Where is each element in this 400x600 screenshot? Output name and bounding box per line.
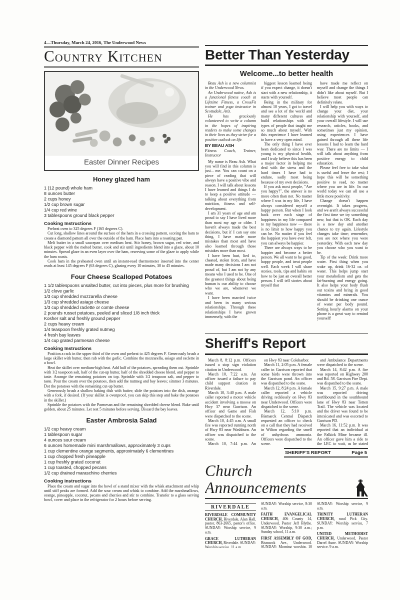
church-announcements-header: Church Announcements xyxy=(205,463,368,500)
ingredient-list: 1 1/2 tablespoons unsalted butter, cut i… xyxy=(44,283,199,344)
church-icon xyxy=(353,478,368,497)
instructions: Preheat oven to 325 degrees F (165 degre… xyxy=(44,227,199,269)
church-column-2: SUNDAY: Worship service, 8:30 a.m. FAITH… xyxy=(261,502,312,548)
sheriff-entry: March 10, 7:44 p.m. An officer issued a … xyxy=(205,442,256,447)
article-paragraph: I am 31 years of age and am proud to say… xyxy=(205,211,256,253)
sheriff-report-headline: Sheriff's Report xyxy=(205,334,368,356)
church-column-3: SUNDAY: Worship service, 9 a.m. TRINITY … xyxy=(317,502,368,548)
sheriff-entry: March 8, 8:12 p.m. Officers issued a sto… xyxy=(205,358,256,372)
article-paragraph: have made me reflect on myself and chang… xyxy=(317,81,368,105)
instruction-paragraph: Generously brush a shallow baking dish w… xyxy=(44,389,199,403)
church-continuation-line: SUNDAY: Worship service, 8:30 a.m. xyxy=(261,502,312,511)
ingredient-item: 1/4 cup grated parmesan cheese xyxy=(44,338,199,344)
article-column-2: biggest lesson learned being if you expe… xyxy=(261,81,312,330)
instruction-paragraph: Cook ham in the preheated oven until an … xyxy=(44,259,199,268)
sheriff-column-2: on Hwy 83 near Coleharbor.March 11, 2:05… xyxy=(261,358,312,447)
article-paragraph: The only thing I have ever been dedicate… xyxy=(261,142,312,184)
recipe-title: Honey glazed ham xyxy=(44,176,199,184)
church-entries: TRINITY LUTHERAN CHURCH, rural Pick City… xyxy=(317,513,368,548)
instruction-paragraph: Heat the skillet over medium-high heat. … xyxy=(44,365,199,388)
sheriff-column-3: and Ambulance Departments were dispatche… xyxy=(317,358,368,447)
sheriff-entry: March 10, 4:45 a.m. A small fire was rep… xyxy=(205,418,256,441)
instruction-paragraph: Place the cream and sugar into the bowl … xyxy=(44,484,199,503)
column-subhead: Welcome...to better health xyxy=(205,70,368,79)
sheriff-entry: and Ambulance Departments were dispatche… xyxy=(317,358,368,367)
sheriff-entry: March 13, 3:52 p.m. A male caller report… xyxy=(261,446,312,447)
sheriff-entry: March 12, 8:24 p.m. A female caller repo… xyxy=(261,386,312,409)
church-entry: RIVERDALE COMMUNITY CHURCH, Riverdale, A… xyxy=(205,513,256,535)
church-listings: RIVERDALE RIVERDALE COMMUNITY CHURCH, Ri… xyxy=(205,502,368,548)
instruction-paragraph: Cut long, shallow lines around the surfa… xyxy=(44,231,199,240)
easter-dinner-photo xyxy=(45,72,198,156)
sheriff-entry: March 14, 8:42 p.m. A fire was reported … xyxy=(317,367,368,386)
instruction-paragraph: Sprinkle the potatoes with the Parmesan … xyxy=(44,402,199,411)
page-content: 4—Thursday, March 24, 2016, The Underwoo… xyxy=(44,40,368,548)
sheriff-entry: March 10, 7:22 a.m. An officer issued a … xyxy=(205,372,256,391)
country-kitchen-masthead: Country Kitchen xyxy=(44,48,199,68)
church-continuation-line: SUNDAY: Worship service, 9 a.m. xyxy=(317,502,368,511)
ingredient-item: 3 tablespoons ground black pepper xyxy=(44,213,199,219)
article-paragraph: I have been hurt, lied to, cheated, stol… xyxy=(205,253,256,295)
church-entry: GRACE LUTHERAN CHURCH, Riverdale. SUNDAY… xyxy=(205,537,256,548)
sheriff-entry: March 10, 3:40 p.m. A male caller report… xyxy=(205,391,256,419)
newspaper-page: 4—Thursday, March 24, 2016, The Underwoo… xyxy=(0,0,400,600)
article-paragraph: Change doesn't happen overnight. It take… xyxy=(317,199,368,255)
photo-caption: Easter Dinner Recipes xyxy=(45,156,198,170)
ingredient-list: 1/2 cup heavy cream1 tablespoon sugar4 o… xyxy=(44,426,199,476)
article-paragraph: Beau Ash is a new columnist in the Under… xyxy=(205,81,256,90)
column-headline-block: Better Than Yesterday xyxy=(205,45,368,66)
recipe-honey-glazed-ham: Honey glazed ham 1 (12 pound) whole ham8… xyxy=(44,176,199,269)
church-column-1: RIVERDALE RIVERDALE COMMUNITY CHURCH, Ri… xyxy=(205,502,256,548)
church-entry: FIRST ASSEMBLY OF GOD, Bismarck Ave., Un… xyxy=(261,536,312,548)
instruction-paragraph: Melt butter in a small saucepan over med… xyxy=(44,240,199,259)
recipe-title: Easter Ambrosia Salad xyxy=(44,416,199,424)
recipe-four-cheese-scalloped-potatoes: Four Cheese Scalloped Potatoes 1 1/2 tab… xyxy=(44,273,199,412)
article-body: Beau Ash is a new columnist in the Under… xyxy=(205,81,368,330)
recipe-title: Four Cheese Scalloped Potatoes xyxy=(44,273,199,281)
article-paragraph: An Underwood native, Ash is a functional… xyxy=(205,90,256,114)
sheriff-entry: March 15, 9:27 p.m. A male was reported … xyxy=(317,386,368,423)
ingredient-list: 1 (12 pound) whole ham8 ounces butter2 c… xyxy=(44,186,199,219)
church-entry: TRINITY LUTHERAN CHURCH, rural Pick City… xyxy=(317,513,368,530)
sheriff-entry: March 12, 5:10 p.m. Bismarck Central Dis… xyxy=(261,409,312,446)
article-paragraph: There are always ways to be happier and … xyxy=(261,246,312,288)
easter-photo-frame: Easter Dinner Recipes xyxy=(44,71,199,171)
recipe-easter-ambrosia-salad: Easter Ambrosia Salad 1/2 cup heavy crea… xyxy=(44,416,199,502)
church-entry: UNITED METHODIST CHURCH, Underwood, Past… xyxy=(317,532,368,548)
instructions: Place the cream and sugar into the bowl … xyxy=(44,484,199,503)
instruction-paragraph: Position a rack in the upper third of th… xyxy=(44,351,199,365)
article-column-3: have made me reflect on myself and chang… xyxy=(317,81,368,330)
column-headline: Better Than Yesterday xyxy=(205,48,368,63)
article-paragraph: I will help you with ways to change your… xyxy=(317,105,368,166)
sheriff-entry: March 16, 11:52 p.m. It was reported tha… xyxy=(317,423,368,447)
sheriff-entry: March 11, 2:05 p.m. A female caller in G… xyxy=(261,363,312,386)
article-paragraph: My name is Beau Ash. What you will find … xyxy=(205,159,256,211)
ingredient-item: 1/2 cup drained maraschino cherries xyxy=(44,470,199,476)
sheriff-column-1: March 8, 8:12 p.m. Officers issued a sto… xyxy=(205,358,256,447)
right-section: Better Than Yesterday Welcome...to bette… xyxy=(205,40,368,548)
country-kitchen-section: 4—Thursday, March 24, 2016, The Underwoo… xyxy=(44,40,199,548)
article-paragraph: He has graciously volunteered to write a… xyxy=(205,114,256,142)
article-paragraph: biggest lesson learned being if you expe… xyxy=(261,81,312,100)
article-paragraph: I have been married twice and been in ma… xyxy=(205,296,256,320)
sheriff-continued-marker: SHERIFF'S REPORT Page 5 xyxy=(284,448,368,458)
church-entries-riverdale: RIVERDALE COMMUNITY CHURCH, Riverdale, A… xyxy=(205,513,256,548)
page-dateline: 4—Thursday, March 24, 2016, The Underwoo… xyxy=(44,40,199,48)
sheriff-report-body: March 8, 8:12 p.m. Officers issued a sto… xyxy=(205,358,368,447)
church-announcements-title: Church Announcements xyxy=(205,463,350,497)
instructions: Position a rack in the upper third of th… xyxy=(44,351,199,411)
article-paragraph: Fitness Coach, Trainer, Instructor xyxy=(205,148,256,157)
article-paragraph: If you ask most people, "Are you happy?"… xyxy=(261,184,312,245)
church-town-heading: RIVERDALE xyxy=(205,504,256,512)
church-entries: FAITH EVANGELICAL CHURCH, 406 County 14,… xyxy=(261,513,312,548)
article-paragraph: Tip of the week: Drink more water. First… xyxy=(317,255,368,321)
article-paragraph: Being in the military for almost 10 year… xyxy=(261,100,312,142)
article-paragraph: Please feel free to take what is useful … xyxy=(317,166,368,199)
continued-label: SHERIFF'S REPORT xyxy=(285,450,331,456)
article-column-1: Beau Ash is a new columnist in the Under… xyxy=(205,81,256,330)
continued-page: Page 5 xyxy=(352,450,367,456)
church-entry: FAITH EVANGELICAL CHURCH, 406 County 14,… xyxy=(261,513,312,535)
